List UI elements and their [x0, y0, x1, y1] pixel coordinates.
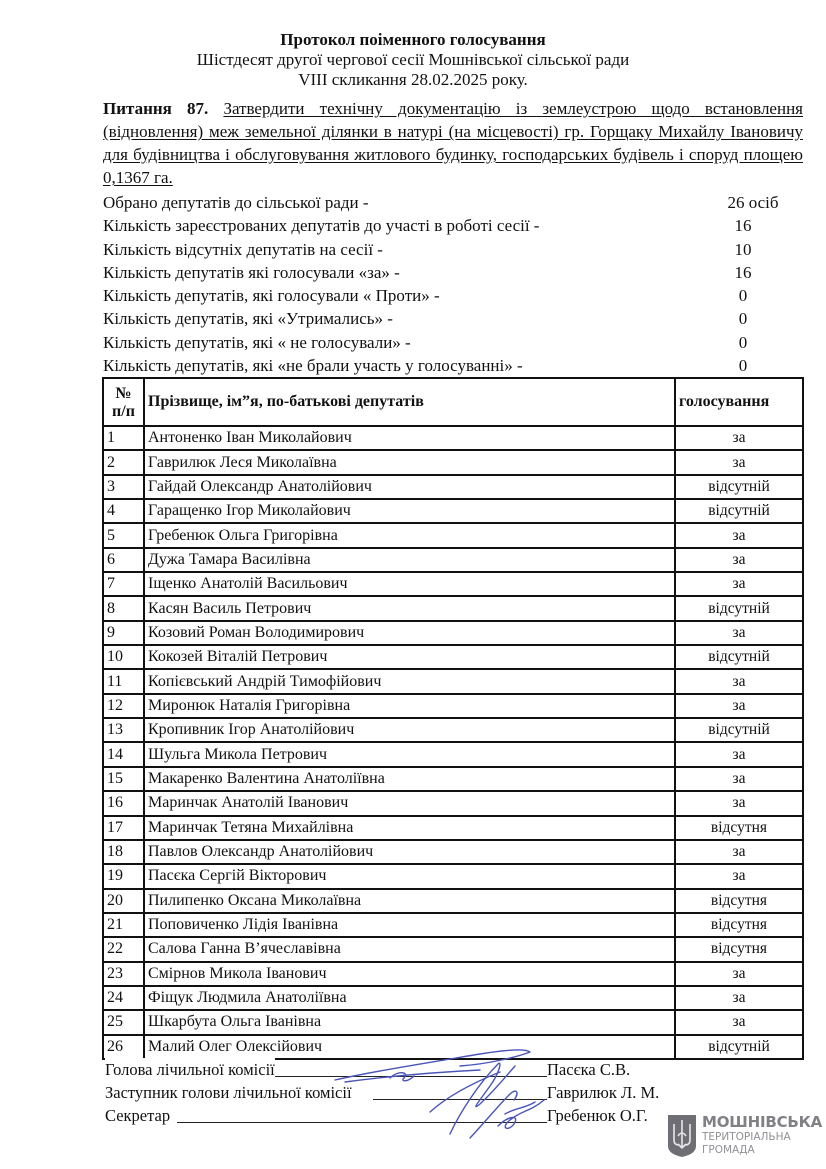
row-number: 7: [103, 572, 144, 596]
deputy-name: Миронюк Наталія Григорівна: [144, 694, 675, 718]
stat-label: Кількість депутатів, які «Утримались» -: [103, 307, 393, 330]
signatory-name: Пасєка С.В.: [547, 1058, 630, 1081]
column-header-name: Прізвище, ім”я, по-батькові депутатів: [144, 378, 675, 426]
column-header-vote: голосування: [675, 378, 803, 426]
vote-result: за: [675, 572, 803, 596]
deputy-name: Маринчак Тетяна Михайлівна: [144, 816, 675, 840]
column-header-number: № п/п: [103, 378, 144, 426]
row-number: 10: [103, 645, 144, 669]
agenda-question: Питання 87. Затвердити технічну документ…: [103, 97, 803, 189]
vote-result: за: [675, 523, 803, 547]
stat-row-registered: Кількість зареєстрованих депутатів до уч…: [103, 214, 803, 237]
stat-row-against: Кількість депутатів, які голосували « Пр…: [103, 284, 803, 307]
row-number: 14: [103, 742, 144, 766]
deputy-name: Антоненко Іван Миколайович: [144, 426, 675, 450]
table-row: 1Антоненко Іван Миколайовичза: [103, 426, 803, 450]
table-row: 17Маринчак Тетяна Михайлівнавідсутня: [103, 816, 803, 840]
vote-result: відсутній: [675, 645, 803, 669]
deputy-name: Малий Олег Олексійович: [144, 1035, 675, 1059]
stat-value: 0: [703, 354, 783, 377]
deputy-name: Салова Ганна В’ячеславівна: [144, 937, 675, 961]
row-number: 12: [103, 694, 144, 718]
logo-subtitle-2: ГРОМАДА: [702, 1144, 755, 1156]
vote-result: за: [675, 1010, 803, 1034]
table-row: 25Шкарбута Ольга Іванівназа: [103, 1010, 803, 1034]
convocation-date: VIII скликання 28.02.2025 року.: [0, 70, 826, 90]
vote-result: за: [675, 450, 803, 474]
table-row: 5Гребенюк Ольга Григорівназа: [103, 523, 803, 547]
row-number: 21: [103, 913, 144, 937]
stat-label: Кількість депутатів, які голосували « Пр…: [103, 284, 440, 307]
vote-result: за: [675, 767, 803, 791]
vote-result: відсутня: [675, 937, 803, 961]
signature-block: Голова лічильної комісії Пасєка С.В. Зас…: [105, 1058, 705, 1127]
table-row: 6Дужа Тамара Василівназа: [103, 548, 803, 572]
vote-result: за: [675, 621, 803, 645]
table-row: 11Копієвський Андрій Тимофійовичза: [103, 669, 803, 693]
session-subtitle: Шістдесят другої чергової сесії Мошнівсь…: [0, 50, 826, 70]
vote-result: відсутній: [675, 1035, 803, 1059]
table-row: 7Іщенко Анатолій Васильовичза: [103, 572, 803, 596]
signature-row-secretary: Секретар Гребенюк О.Г.: [105, 1104, 705, 1127]
row-number: 18: [103, 840, 144, 864]
signature-row-chair: Голова лічильної комісії Пасєка С.В.: [105, 1058, 705, 1081]
table-row: 23Смірнов Микола Івановичза: [103, 962, 803, 986]
stat-label: Кількість відсутніх депутатів на сесії -: [103, 238, 383, 261]
table-row: 15Макаренко Валентина Анатоліївназа: [103, 767, 803, 791]
stat-row-absent: Кількість відсутніх депутатів на сесії -…: [103, 238, 803, 261]
row-number: 16: [103, 791, 144, 815]
deputy-name: Гайдай Олександр Анатолійович: [144, 475, 675, 499]
table-row: 26Малий Олег Олексійовичвідсутній: [103, 1035, 803, 1059]
deputy-name: Макаренко Валентина Анатоліївна: [144, 767, 675, 791]
number-sign: №: [104, 385, 143, 403]
table-row: 24Фіщук Людмила Анатоліївназа: [103, 986, 803, 1010]
row-number: 3: [103, 475, 144, 499]
deputy-name: Смірнов Микола Іванович: [144, 962, 675, 986]
vote-result: відсутня: [675, 913, 803, 937]
row-number: 19: [103, 864, 144, 888]
logo-subtitle-1: ТЕРИТОРІАЛЬНА: [702, 1131, 791, 1143]
community-logo: МОШНІВСЬКА ТЕРИТОРІАЛЬНА ГРОМАДА: [667, 1114, 817, 1160]
deputy-name: Касян Василь Петрович: [144, 596, 675, 620]
table-row: 20Пилипенко Оксана Миколаївнавідсутня: [103, 889, 803, 913]
stat-row-for: Кількість депутатів які голосували «за» …: [103, 261, 803, 284]
table-row: 8Касян Василь Петровичвідсутній: [103, 596, 803, 620]
row-number: 1: [103, 426, 144, 450]
row-number: 24: [103, 986, 144, 1010]
deputy-name: Пасєка Сергій Вікторович: [144, 864, 675, 888]
table-row: 14Шульга Микола Петровичза: [103, 742, 803, 766]
deputy-name: Маринчак Анатолій Іванович: [144, 791, 675, 815]
signature-line: [177, 1122, 547, 1123]
vote-result: за: [675, 742, 803, 766]
row-number: 26: [103, 1035, 144, 1059]
deputy-name: Гаращенко Ігор Миколайович: [144, 499, 675, 523]
question-label: Питання 87.: [103, 99, 208, 118]
deputy-name: Козовий Роман Володимирович: [144, 621, 675, 645]
question-text: Затвердити технічну документацію із земл…: [103, 99, 803, 187]
deputy-name: Фіщук Людмила Анатоліївна: [144, 986, 675, 1010]
deputy-name: Поповиченко Лідія Іванівна: [144, 913, 675, 937]
vote-result: за: [675, 694, 803, 718]
vote-result: відсутній: [675, 718, 803, 742]
vote-statistics: Обрано депутатів до сільської ради - 26 …: [103, 191, 803, 377]
table-row: 16Маринчак Анатолій Івановичза: [103, 791, 803, 815]
deputy-name: Шульга Микола Петрович: [144, 742, 675, 766]
number-abbrev: п/п: [104, 403, 143, 421]
deputy-name: Дужа Тамара Василівна: [144, 548, 675, 572]
table-row: 21Поповиченко Лідія Іванівнавідсутня: [103, 913, 803, 937]
row-number: 2: [103, 450, 144, 474]
signatory-name: Гаврилюк Л. М.: [547, 1081, 659, 1104]
vote-result: відсутній: [675, 499, 803, 523]
stat-row-abstained: Кількість депутатів, які «Утримались» - …: [103, 307, 803, 330]
stat-value: 0: [703, 284, 783, 307]
row-number: 25: [103, 1010, 144, 1034]
deputy-name: Гребенюк Ольга Григорівна: [144, 523, 675, 547]
stat-label: Кількість депутатів які голосували «за» …: [103, 261, 400, 284]
signature-line: [265, 1076, 547, 1077]
stat-value: 0: [703, 307, 783, 330]
stat-row-not-participated: Кількість депутатів, які «не брали участ…: [103, 354, 803, 377]
row-number: 22: [103, 937, 144, 961]
stat-value: 26 осіб: [713, 191, 793, 214]
stat-label: Кількість депутатів, які «не брали участ…: [103, 354, 523, 377]
table-row: 4Гаращенко Ігор Миколайовичвідсутній: [103, 499, 803, 523]
logo-title: МОШНІВСЬКА: [702, 1114, 822, 1130]
row-number: 15: [103, 767, 144, 791]
table-row: 13Кропивник Ігор Анатолійовичвідсутній: [103, 718, 803, 742]
vote-result: за: [675, 669, 803, 693]
deputy-name: Шкарбута Ольга Іванівна: [144, 1010, 675, 1034]
deputy-name: Кокозей Віталій Петрович: [144, 645, 675, 669]
stat-row-elected: Обрано депутатів до сільської ради - 26 …: [103, 191, 803, 214]
deputy-name: Кропивник Ігор Анатолійович: [144, 718, 675, 742]
stat-value: 10: [703, 238, 783, 261]
row-number: 5: [103, 523, 144, 547]
table-body: 1Антоненко Іван Миколайовичза2Гаврилюк Л…: [103, 426, 803, 1059]
row-number: 8: [103, 596, 144, 620]
row-number: 9: [103, 621, 144, 645]
signature-line: [373, 1099, 547, 1100]
table-row: 3Гайдай Олександр Анатолійовичвідсутній: [103, 475, 803, 499]
table-row: 22Салова Ганна В’ячеславівнавідсутня: [103, 937, 803, 961]
deputy-name: Копієвський Андрій Тимофійович: [144, 669, 675, 693]
signatory-name: Гребенюк О.Г.: [547, 1104, 648, 1127]
deputy-name: Гаврилюк Леся Миколаївна: [144, 450, 675, 474]
vote-result: за: [675, 962, 803, 986]
row-number: 4: [103, 499, 144, 523]
table-row: 18Павлов Олександр Анатолійовичза: [103, 840, 803, 864]
stat-value: 0: [703, 331, 783, 354]
vote-result: за: [675, 426, 803, 450]
row-number: 6: [103, 548, 144, 572]
table-row: 19Пасєка Сергій Вікторовичза: [103, 864, 803, 888]
deputy-name: Пилипенко Оксана Миколаївна: [144, 889, 675, 913]
row-number: 20: [103, 889, 144, 913]
stat-value: 16: [703, 214, 783, 237]
trident-shield-icon: [667, 1114, 697, 1158]
row-number: 23: [103, 962, 144, 986]
row-number: 13: [103, 718, 144, 742]
signature-role: Секретар: [105, 1104, 170, 1127]
table-row: 9Козовий Роман Володимировичза: [103, 621, 803, 645]
vote-result: за: [675, 840, 803, 864]
row-number: 11: [103, 669, 144, 693]
stat-label: Кількість зареєстрованих депутатів до уч…: [103, 214, 539, 237]
deputy-name: Павлов Олександр Анатолійович: [144, 840, 675, 864]
row-number: 17: [103, 816, 144, 840]
vote-result: за: [675, 864, 803, 888]
vote-result: за: [675, 548, 803, 572]
stat-label: Обрано депутатів до сільської ради -: [103, 191, 369, 214]
vote-result: відсутня: [675, 816, 803, 840]
stat-row-not-voted: Кількість депутатів, які « не голосували…: [103, 331, 803, 354]
signature-role: Голова лічильної комісії: [105, 1058, 275, 1081]
table-row: 12Миронюк Наталія Григорівназа: [103, 694, 803, 718]
table-header-row: № п/п Прізвище, ім”я, по-батькові депута…: [103, 378, 803, 426]
stat-label: Кількість депутатів, які « не голосували…: [103, 331, 411, 354]
vote-result: відсутній: [675, 596, 803, 620]
stat-value: 16: [703, 261, 783, 284]
roll-call-table: № п/п Прізвище, ім”я, по-батькові депута…: [102, 377, 804, 1060]
table-row: 2Гаврилюк Леся Миколаївназа: [103, 450, 803, 474]
signature-role: Заступник голови лічильної комісії: [105, 1081, 352, 1104]
document-title: Протокол поіменного голосування: [0, 30, 826, 50]
vote-result: відсутній: [675, 475, 803, 499]
table-row: 10Кокозей Віталій Петровичвідсутній: [103, 645, 803, 669]
signature-row-deputy-chair: Заступник голови лічильної комісії Гаври…: [105, 1081, 705, 1104]
vote-result: за: [675, 791, 803, 815]
vote-result: відсутня: [675, 889, 803, 913]
deputy-name: Іщенко Анатолій Васильович: [144, 572, 675, 596]
vote-result: за: [675, 986, 803, 1010]
